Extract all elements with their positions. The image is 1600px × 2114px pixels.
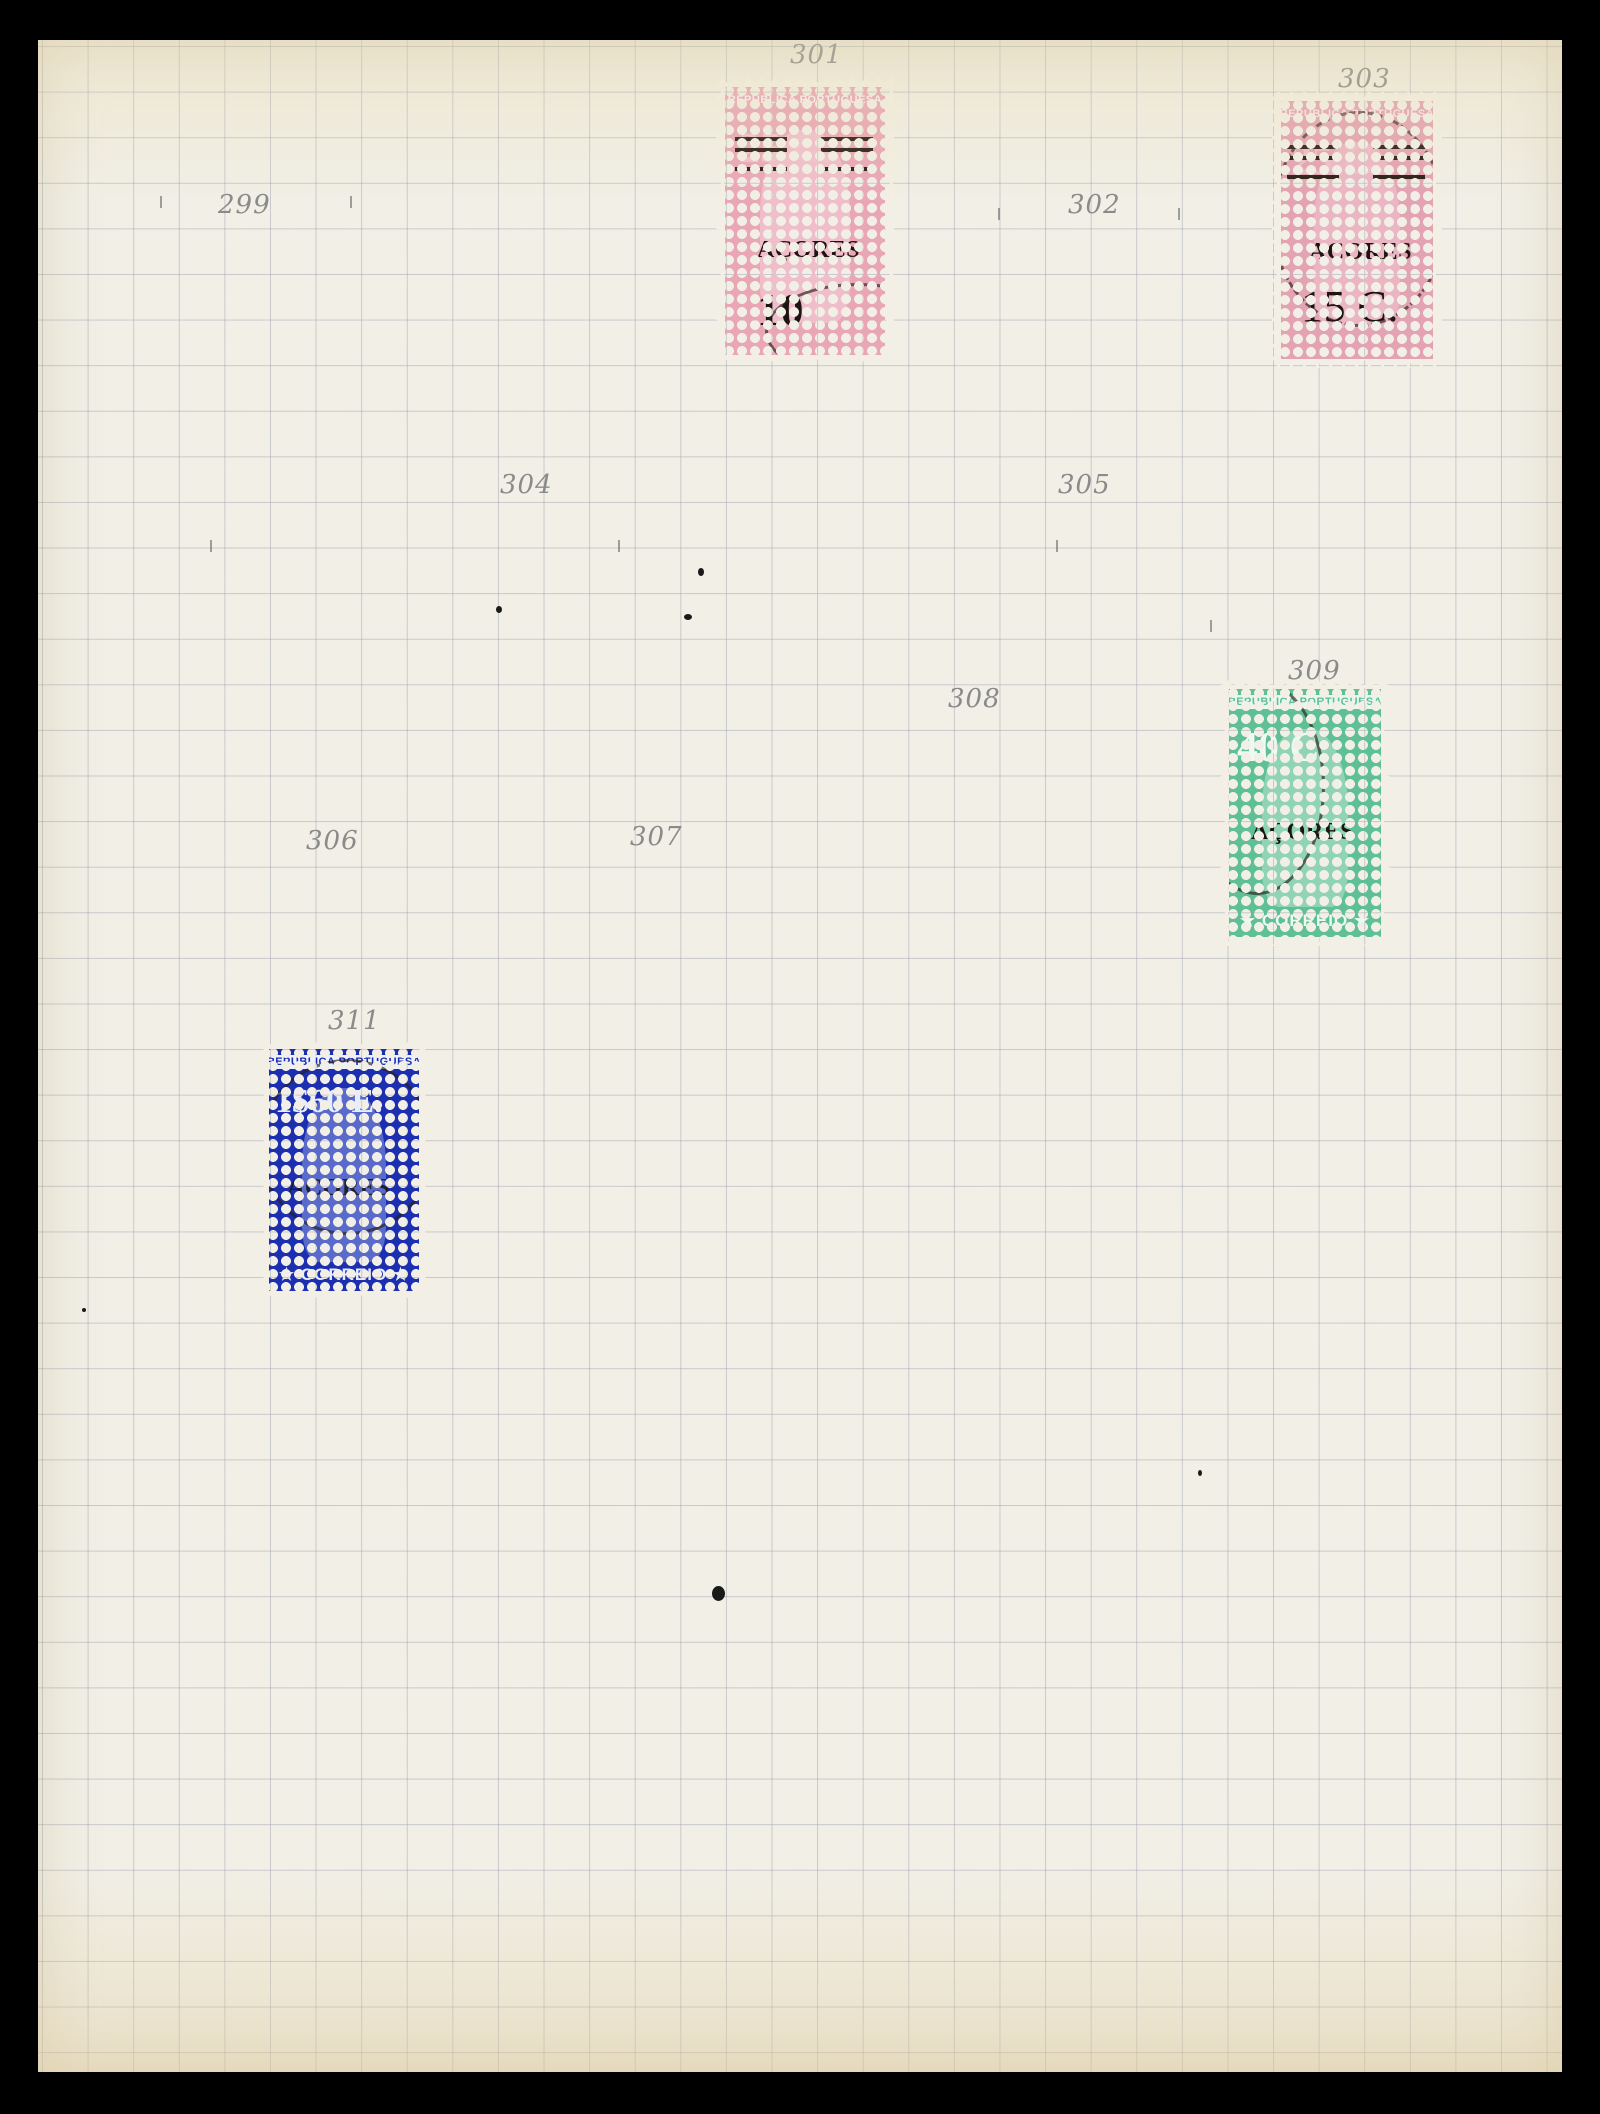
ink-dot xyxy=(82,1308,86,1312)
correio-label: ★ CORREIO ★ xyxy=(279,1265,409,1285)
catalog-number-305: 305 xyxy=(1058,470,1111,500)
obliterating-bars xyxy=(821,137,873,171)
overprint-acores: AÇORES xyxy=(757,237,860,264)
catalog-number-304: 304 xyxy=(500,470,553,500)
ink-dot xyxy=(496,606,502,613)
pencil-tick xyxy=(160,196,162,208)
stamp-309-face: REPUBLICA PORTUGUESA 40 C. AÇORES ★ CORR… xyxy=(1229,689,1381,937)
postmark-cancel xyxy=(1281,111,1433,327)
catalog-number-311: 311 xyxy=(328,1006,381,1036)
stamp-301: REPUBLICA PORTUGUESA 25 C. AÇORES 10 xyxy=(716,78,894,364)
ink-dot xyxy=(712,1586,725,1601)
catalog-number-301: 301 xyxy=(790,40,843,70)
pencil-tick xyxy=(210,540,212,552)
postmark-cancel xyxy=(269,1059,419,1235)
country-banner: REPUBLICA PORTUGUESA xyxy=(725,93,885,107)
album-page: 299 301 302 303 304 305 306 307 308 309 … xyxy=(38,40,1562,2072)
stamp-311: REPUBLICA PORTUGUESA 1$60 E. AÇORES ★ CO… xyxy=(260,1040,428,1300)
catalog-number-308: 308 xyxy=(948,684,1001,714)
catalog-number-307: 307 xyxy=(630,822,683,852)
pencil-tick xyxy=(1056,540,1058,552)
pencil-tick xyxy=(350,196,352,208)
stamp-309: REPUBLICA PORTUGUESA 40 C. AÇORES ★ CORR… xyxy=(1220,680,1390,946)
pencil-tick xyxy=(1210,620,1212,632)
correio-label: ★ CORREIO ★ xyxy=(1240,911,1370,931)
stamp-311-face: REPUBLICA PORTUGUESA 1$60 E. AÇORES ★ CO… xyxy=(269,1049,419,1291)
obliterating-bars xyxy=(735,137,787,171)
pencil-tick xyxy=(618,540,620,552)
stamp-301-face: REPUBLICA PORTUGUESA 25 C. AÇORES 10 xyxy=(725,87,885,355)
catalog-number-299: 299 xyxy=(218,190,271,220)
pencil-tick xyxy=(1178,208,1180,220)
ink-dot xyxy=(1198,1470,1202,1476)
catalog-number-303: 303 xyxy=(1338,64,1391,94)
pencil-tick xyxy=(998,208,1000,220)
stamp-303: REPUBLICA PORTUGUESA 25 C. AÇORES 15 C. xyxy=(1272,92,1442,368)
catalog-number-302: 302 xyxy=(1068,190,1121,220)
ink-dot xyxy=(698,568,704,576)
catalog-number-306: 306 xyxy=(306,826,359,856)
ink-dot xyxy=(684,614,692,620)
stamp-303-face: REPUBLICA PORTUGUESA 25 C. AÇORES 15 C. xyxy=(1281,101,1433,359)
